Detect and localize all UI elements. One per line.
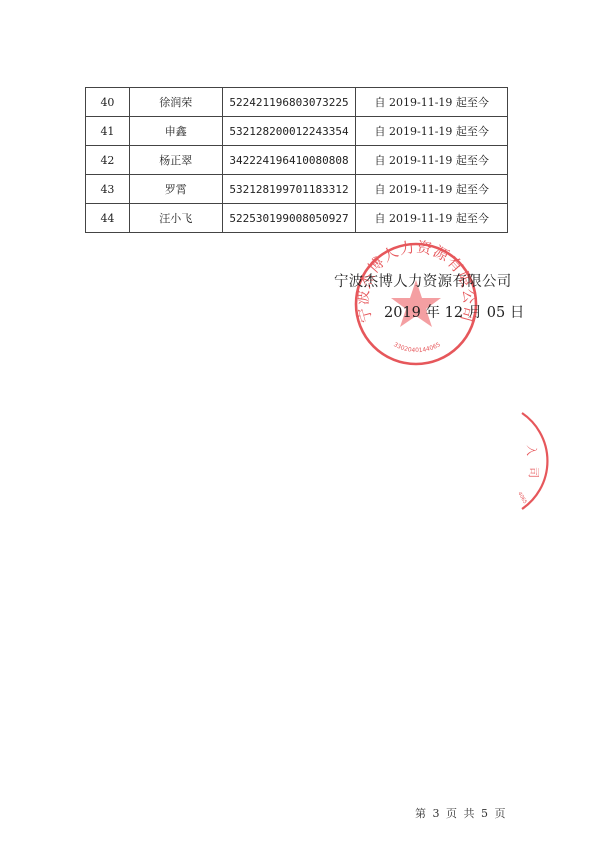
signature-date: 2019 年 12 月 05 日 bbox=[384, 301, 524, 322]
employee-name: 汪小飞 bbox=[129, 204, 222, 233]
svg-text:入: 入 bbox=[525, 445, 539, 456]
seam-seal-stamp: 入 司 4065 bbox=[508, 405, 600, 515]
row-number: 41 bbox=[86, 117, 130, 146]
id-number: 532128200012243354 bbox=[222, 117, 356, 146]
employment-period: 自 2019-11-19 起至今 bbox=[356, 117, 508, 146]
company-name: 宁波杰博人力资源有限公司 bbox=[334, 270, 512, 291]
document-page: 40徐润荣522421196803073225自 2019-11-19 起至今4… bbox=[0, 0, 600, 848]
row-number: 43 bbox=[86, 175, 130, 204]
employment-period: 自 2019-11-19 起至今 bbox=[356, 146, 508, 175]
row-number: 42 bbox=[86, 146, 130, 175]
employee-table: 40徐润荣522421196803073225自 2019-11-19 起至今4… bbox=[85, 87, 508, 233]
id-number: 522421196803073225 bbox=[222, 88, 356, 117]
row-number: 44 bbox=[86, 204, 130, 233]
table-row: 41申鑫532128200012243354自 2019-11-19 起至今 bbox=[86, 117, 508, 146]
table-row: 43罗霄532128199701183312自 2019-11-19 起至今 bbox=[86, 175, 508, 204]
svg-text:司: 司 bbox=[527, 467, 540, 478]
id-number: 532128199701183312 bbox=[222, 175, 356, 204]
employment-period: 自 2019-11-19 起至今 bbox=[356, 204, 508, 233]
id-number: 342224196410080808 bbox=[222, 146, 356, 175]
employment-period: 自 2019-11-19 起至今 bbox=[356, 88, 508, 117]
employee-name: 罗霄 bbox=[129, 175, 222, 204]
employee-name: 申鑫 bbox=[129, 117, 222, 146]
employee-name: 杨正翠 bbox=[129, 146, 222, 175]
table-row: 44汪小飞522530199008050927自 2019-11-19 起至今 bbox=[86, 204, 508, 233]
svg-text:3302040144065: 3302040144065 bbox=[392, 341, 442, 354]
employee-name: 徐润荣 bbox=[129, 88, 222, 117]
row-number: 40 bbox=[86, 88, 130, 117]
page-number: 第 3 页 共 5 页 bbox=[415, 805, 505, 821]
id-number: 522530199008050927 bbox=[222, 204, 356, 233]
table-row: 42杨正翠342224196410080808自 2019-11-19 起至今 bbox=[86, 146, 508, 175]
svg-text:4065: 4065 bbox=[516, 491, 528, 505]
employment-period: 自 2019-11-19 起至今 bbox=[356, 175, 508, 204]
table-row: 40徐润荣522421196803073225自 2019-11-19 起至今 bbox=[86, 88, 508, 117]
stamp-code: 3302040144065 bbox=[392, 341, 442, 354]
